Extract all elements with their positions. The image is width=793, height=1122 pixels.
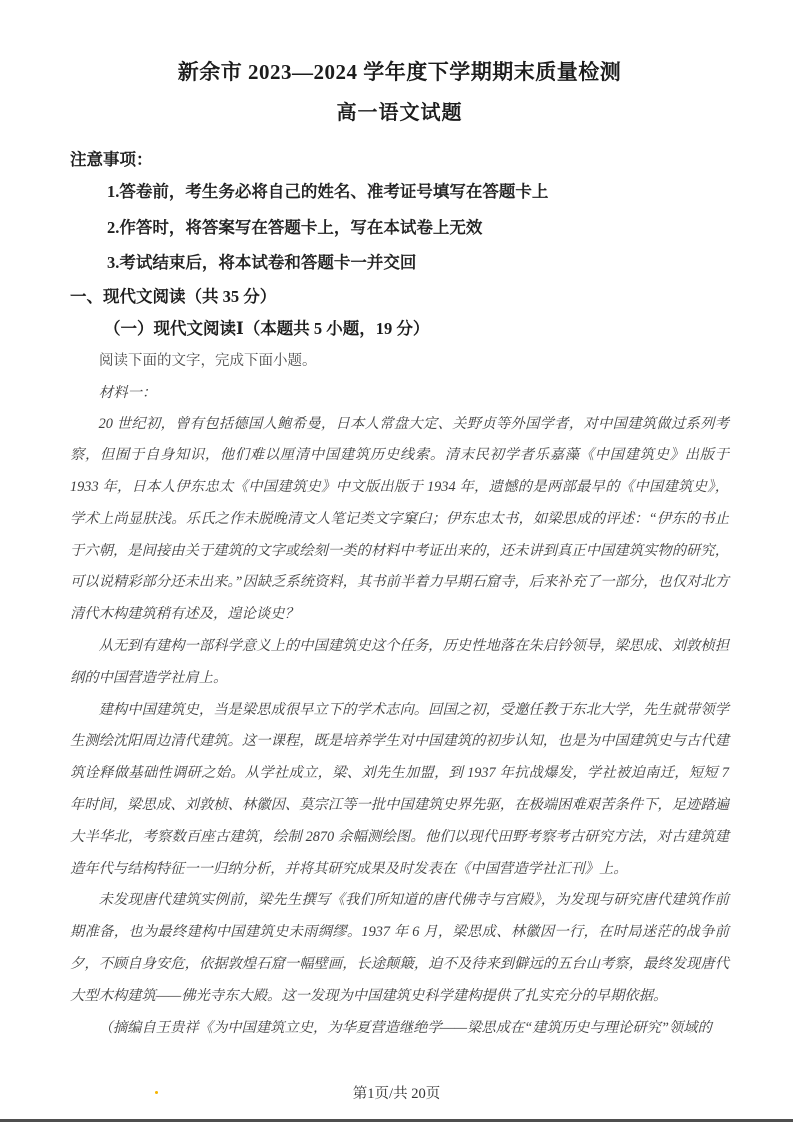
notice-item-2: 2.作答时，将答案写在答题卡上，写在本试卷上无效	[70, 210, 729, 246]
material-paragraph-2: 从无到有建构一部科学意义上的中国建筑史这个任务，历史性地落在朱启钤领导，梁思成、…	[70, 631, 729, 695]
exam-subtitle: 高一语文试题	[70, 98, 729, 128]
notice-heading: 注意事项：	[70, 145, 729, 174]
material-paragraph-1: 20 世纪初，曾有包括德国人鲍希曼，日本人常盘大定、关野贞等外国学者，对中国建筑…	[70, 409, 729, 632]
notice-section: 注意事项： 1.答卷前，考生务必将自己的姓名、准考证号填写在答题卡上 2.作答时…	[70, 145, 729, 281]
material-paragraph-3: 建构中国建筑史，当是梁思成很早立下的学术志向。回国之初，受邀任教于东北大学，先生…	[70, 695, 729, 886]
material-paragraph-4: 未发现唐代建筑实例前，梁先生撰写《我们所知道的唐代佛寺与宫殿》，为发现与研究唐代…	[70, 885, 729, 1012]
source-citation: （摘编自王贵祥《为中国建筑立史，为华夏营造继绝学——梁思成在“建筑历史与理论研究…	[70, 1013, 729, 1045]
exam-paper-page: 新余市 2023—2024 学年度下学期期末质量检测 高一语文试题 注意事项： …	[0, 0, 793, 1122]
exam-title: 新余市 2023—2024 学年度下学期期末质量检测	[70, 57, 729, 88]
notice-item-3: 3.考试结束后，将本试卷和答题卡一并交回	[70, 245, 729, 281]
page-content: 新余市 2023—2024 学年度下学期期末质量检测 高一语文试题 注意事项： …	[0, 0, 793, 1044]
section-heading-modern-reading: 一、现代文阅读（共 35 分）	[70, 281, 729, 313]
material-one-label: 材料一：	[70, 377, 729, 409]
notice-item-1: 1.答卷前，考生务必将自己的姓名、准考证号填写在答题卡上	[70, 174, 729, 210]
scan-artifact-dot	[155, 1091, 158, 1094]
reading-instruction: 阅读下面的文字，完成下面小题。	[70, 345, 729, 377]
subsection-heading-reading-1: （一）现代文阅读Ⅰ（本题共 5 小题，19 分）	[70, 313, 729, 345]
page-number-indicator: 第1页/共 20页	[0, 1082, 793, 1103]
